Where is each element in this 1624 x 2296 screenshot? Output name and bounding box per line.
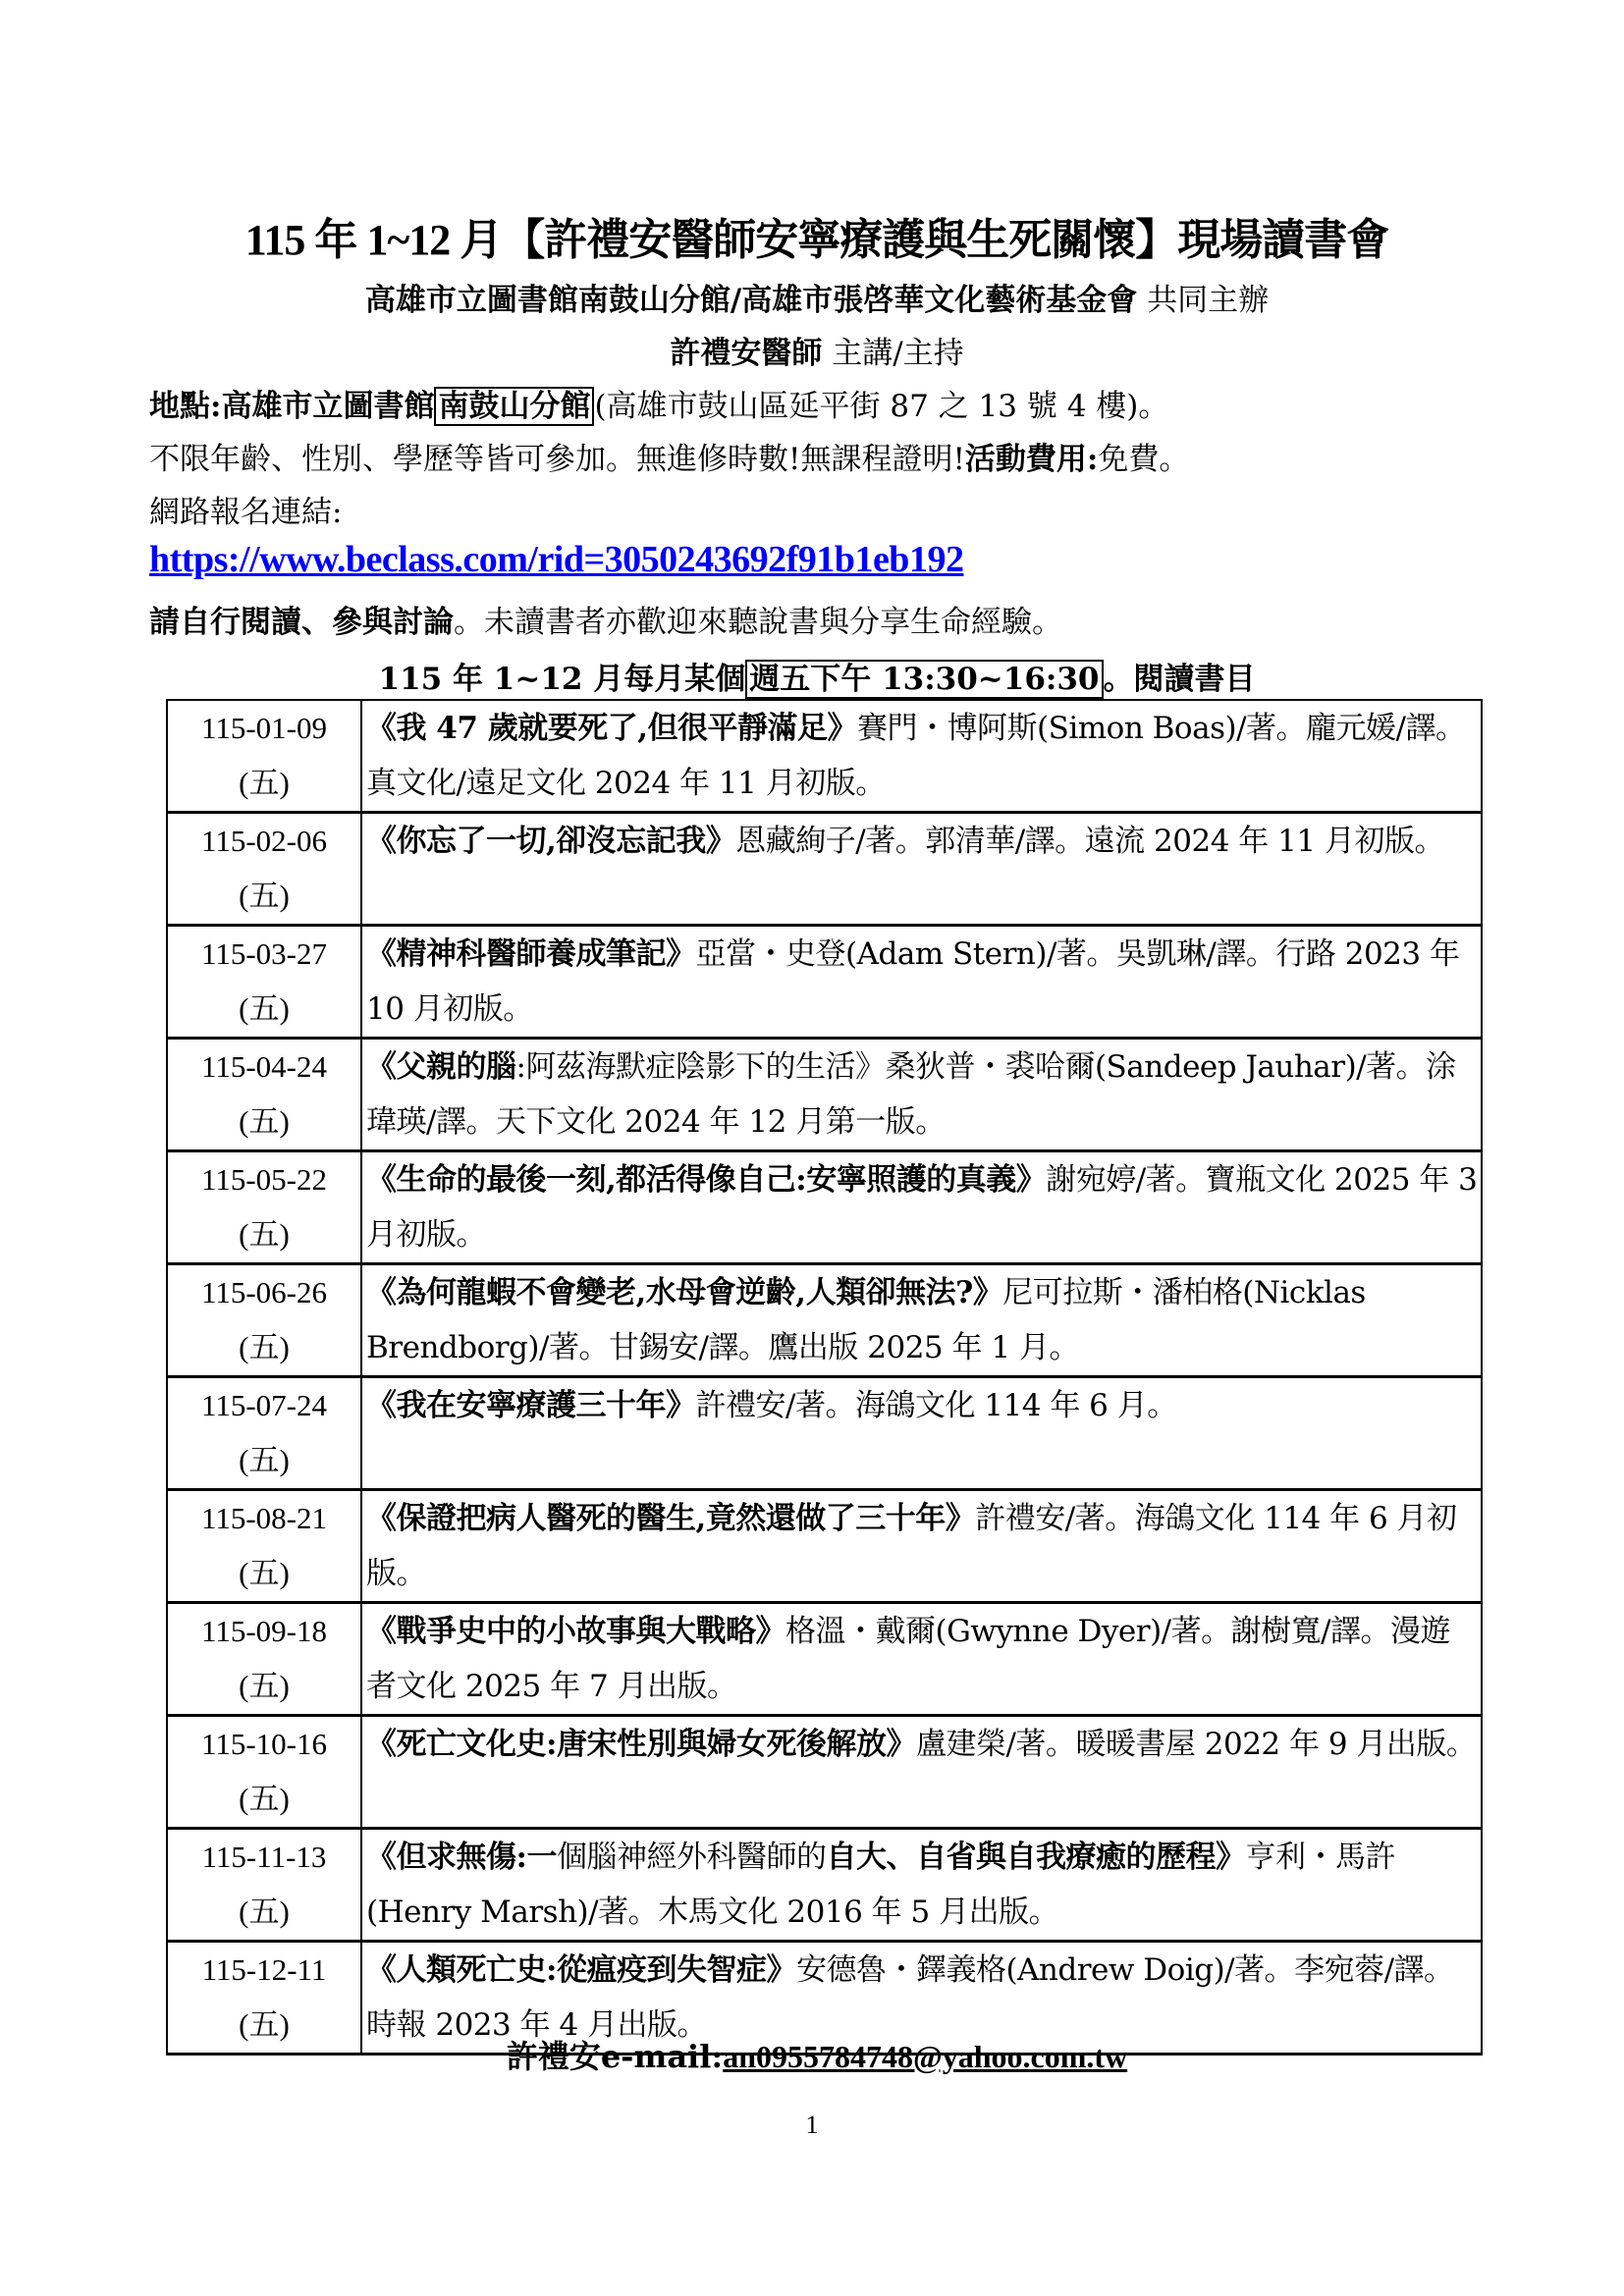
book-title: 《保證把病人醫死的醫生,竟然還做了三十年》 (366, 1501, 975, 1536)
book-cell: 《精神科醫師養成筆記》亞當・史登(Adam Stern)/著。吳凱琳/譯。行路 … (361, 926, 1482, 1039)
organizers-names: 高雄市立圖書館南鼓山分館/高雄市張啓華文化藝術基金會 (365, 283, 1137, 318)
book-title: 《死亡文化史:唐宋性別與婦女死後解放》 (366, 1727, 916, 1762)
book-details: 恩藏絢子/著。郭清華/譯。遠流 2024 年 11 月初版。 (735, 824, 1444, 859)
contact-line: 許禮安e-mail:an0955784748@yahoo.com.tw (149, 2032, 1485, 2077)
book-details: 盧建榮/著。暖暖書屋 2022 年 9 月出版。 (916, 1727, 1476, 1762)
book-cell: 《你忘了一切,卻沒忘記我》恩藏絢子/著。郭清華/譯。遠流 2024 年 11 月… (361, 813, 1482, 926)
schedule-prefix: 115 年 1~12 月每月某個 (379, 662, 746, 697)
date-cell: 115-02-06(五) (167, 813, 361, 926)
table-row: 115-06-26(五)《為何龍蝦不會變老,水母會逆齡,人類卻無法?》尼可拉斯・… (167, 1264, 1482, 1377)
session-weekday: (五) (168, 1433, 360, 1488)
book-title: 《你忘了一切,卻沒忘記我》 (366, 824, 735, 859)
book-cell: 《戰爭史中的小故事與大戰略》格溫・戴爾(Gwynne Dyer)/著。謝樹寬/譯… (361, 1603, 1482, 1716)
session-weekday: (五) (168, 756, 360, 811)
date-cell: 115-07-24(五) (167, 1377, 361, 1490)
schedule-time: 週五下午 13:30~16:30 (745, 660, 1103, 699)
session-weekday: (五) (168, 982, 360, 1037)
book-cell: 《我在安寧療護三十年》許禮安/著。海鴿文化 114 年 6 月。 (361, 1377, 1482, 1490)
location-address: (高雄市鼓山區延平街 87 之 13 號 4 樓)。 (594, 389, 1168, 424)
note-text: 。未讀書者亦歡迎來聽說書與分享生命經驗。 (454, 605, 1062, 640)
table-row: 115-07-24(五)《我在安寧療護三十年》許禮安/著。海鴿文化 114 年 … (167, 1377, 1482, 1490)
book-title: 《但求無傷:一 (366, 1840, 557, 1875)
schedule-suffix: 。閱讀書目 (1104, 662, 1256, 697)
date-cell: 115-05-22(五) (167, 1151, 361, 1264)
organizers-line: 高雄市立圖書館南鼓山分館/高雄市張啓華文化藝術基金會 共同主辦 (149, 275, 1485, 319)
session-weekday: (五) (168, 1659, 360, 1714)
location-line: 地點:高雄市立圖書館南鼓山分館(高雄市鼓山區延平街 87 之 13 號 4 樓)… (149, 381, 1168, 425)
session-date: 115-12-11 (168, 1943, 360, 1998)
table-row: 115-04-24(五)《父親的腦:阿茲海默症陰影下的生活》桑狄普・裘哈爾(Sa… (167, 1039, 1482, 1151)
book-title: 《父親的腦 (366, 1049, 516, 1085)
session-date: 115-01-09 (168, 701, 360, 756)
table-row: 115-10-16(五)《死亡文化史:唐宋性別與婦女死後解放》盧建榮/著。暖暖書… (167, 1716, 1482, 1829)
fee-label: 活動費用: (965, 442, 1098, 477)
date-cell: 115-10-16(五) (167, 1716, 361, 1829)
table-row: 115-03-27(五)《精神科醫師養成筆記》亞當・史登(Adam Stern)… (167, 926, 1482, 1039)
note-line: 請自行閱讀、參與討論。未讀書者亦歡迎來聽說書與分享生命經驗。 (149, 597, 1062, 641)
table-row: 115-01-09(五)《我 47 歲就要死了,但很平靜滿足》賽門・博阿斯(Si… (167, 700, 1482, 813)
location-label: 地點:高雄市立圖書館 (149, 389, 434, 424)
registration-label: 網路報名連結: (149, 487, 342, 531)
reading-list-table: 115-01-09(五)《我 47 歲就要死了,但很平靜滿足》賽門・博阿斯(Si… (166, 699, 1483, 2056)
date-cell: 115-09-18(五) (167, 1603, 361, 1716)
session-date: 115-07-24 (168, 1378, 360, 1433)
table-row: 115-09-18(五)《戰爭史中的小故事與大戰略》格溫・戴爾(Gwynne D… (167, 1603, 1482, 1716)
date-cell: 115-08-21(五) (167, 1490, 361, 1603)
book-cell: 《生命的最後一刻,都活得像自己:安寧照護的真義》謝宛婷/著。寶瓶文化 2025 … (361, 1151, 1482, 1264)
book-title: 《人類死亡史:從瘟疫到失智症》 (366, 1952, 796, 1988)
date-cell: 115-01-09(五) (167, 700, 361, 813)
speaker-line: 許禮安醫師 主講/主持 (149, 328, 1485, 372)
session-weekday: (五) (168, 1320, 360, 1375)
book-title: 《我在安寧療護三十年》 (366, 1388, 696, 1423)
location-branch: 南鼓山分館 (434, 387, 594, 426)
book-cell: 《我 47 歲就要死了,但很平靜滿足》賽門・博阿斯(Simon Boas)/著。… (361, 700, 1482, 813)
session-weekday: (五) (168, 1207, 360, 1262)
book-title: 《戰爭史中的小故事與大戰略》 (366, 1614, 785, 1649)
book-details: 許禮安/著。海鴿文化 114 年 6 月。 (696, 1388, 1177, 1423)
table-row: 115-02-06(五)《你忘了一切,卻沒忘記我》恩藏絢子/著。郭清華/譯。遠流… (167, 813, 1482, 926)
table-row: 115-08-21(五)《保證把病人醫死的醫生,竟然還做了三十年》許禮安/著。海… (167, 1490, 1482, 1603)
session-date: 115-09-18 (168, 1604, 360, 1659)
table-row: 115-11-13(五)《但求無傷:一個腦神經外科醫師的自大、自省與自我療癒的歷… (167, 1829, 1482, 1942)
book-title: 個腦神經外科醫師的 (557, 1840, 827, 1875)
book-cell: 《父親的腦:阿茲海默症陰影下的生活》桑狄普・裘哈爾(Sandeep Jauhar… (361, 1039, 1482, 1151)
session-weekday: (五) (168, 1095, 360, 1149)
book-cell: 《死亡文化史:唐宋性別與婦女死後解放》盧建榮/著。暖暖書屋 2022 年 9 月… (361, 1716, 1482, 1829)
date-cell: 115-04-24(五) (167, 1039, 361, 1151)
session-weekday: (五) (168, 1885, 360, 1940)
session-weekday: (五) (168, 1546, 360, 1601)
eligibility-text: 不限年齡、性別、學歷等皆可參加。無進修時數!無課程證明! (149, 442, 965, 477)
book-title: 《精神科醫師養成筆記》 (366, 936, 696, 972)
speaker-name: 許禮安醫師 (670, 336, 822, 371)
book-cell: 《為何龍蝦不會變老,水母會逆齡,人類卻無法?》尼可拉斯・潘柏格(Nicklas … (361, 1264, 1482, 1377)
date-cell: 115-11-13(五) (167, 1829, 361, 1942)
eligibility-line: 不限年齡、性別、學歷等皆可參加。無進修時數!無課程證明!活動費用:免費。 (149, 434, 1189, 478)
session-date: 115-08-21 (168, 1491, 360, 1546)
session-weekday: (五) (168, 869, 360, 924)
contact-label: 許禮安e-mail: (507, 2038, 723, 2075)
book-title: 《生命的最後一刻,都活得像自己:安寧照護的真義》 (366, 1162, 1046, 1198)
session-date: 115-05-22 (168, 1152, 360, 1207)
book-title: :阿茲海默症陰影下的生活》 (516, 1049, 886, 1085)
schedule-heading: 115 年 1~12 月每月某個週五下午 13:30~16:30。閱讀書目 (149, 654, 1485, 698)
speaker-role: 主講/主持 (822, 336, 963, 371)
session-date: 115-06-26 (168, 1265, 360, 1320)
date-cell: 115-06-26(五) (167, 1264, 361, 1377)
session-date: 115-03-27 (168, 927, 360, 982)
page-number: 1 (0, 2110, 1624, 2140)
session-date: 115-11-13 (168, 1830, 360, 1885)
contact-email-link[interactable]: an0955784748@yahoo.com.tw (723, 2039, 1127, 2074)
registration-link[interactable]: https://www.beclass.com/rid=3050243692f9… (149, 538, 963, 581)
book-cell: 《但求無傷:一個腦神經外科醫師的自大、自省與自我療癒的歷程》亨利・馬許(Henr… (361, 1829, 1482, 1942)
note-bold: 請自行閱讀、參與討論 (149, 605, 454, 640)
session-weekday: (五) (168, 1772, 360, 1827)
session-date: 115-10-16 (168, 1717, 360, 1772)
table-row: 115-05-22(五)《生命的最後一刻,都活得像自己:安寧照護的真義》謝宛婷/… (167, 1151, 1482, 1264)
organizers-suffix: 共同主辦 (1137, 283, 1269, 318)
book-title: 《為何龍蝦不會變老,水母會逆齡,人類卻無法?》 (366, 1275, 1002, 1310)
date-cell: 115-03-27(五) (167, 926, 361, 1039)
session-date: 115-02-06 (168, 814, 360, 869)
book-cell: 《保證把病人醫死的醫生,竟然還做了三十年》許禮安/著。海鴿文化 114 年 6 … (361, 1490, 1482, 1603)
book-title: 自大、自省與自我療癒的歷程》 (826, 1840, 1245, 1875)
session-date: 115-04-24 (168, 1040, 360, 1095)
document-title: 115 年 1~12 月【許禮安醫師安寧療護與生死關懷】現場讀書會 (149, 204, 1485, 267)
book-title: 《我 47 歲就要死了,但很平靜滿足》 (366, 711, 857, 746)
fee-value: 免費。 (1098, 442, 1189, 477)
